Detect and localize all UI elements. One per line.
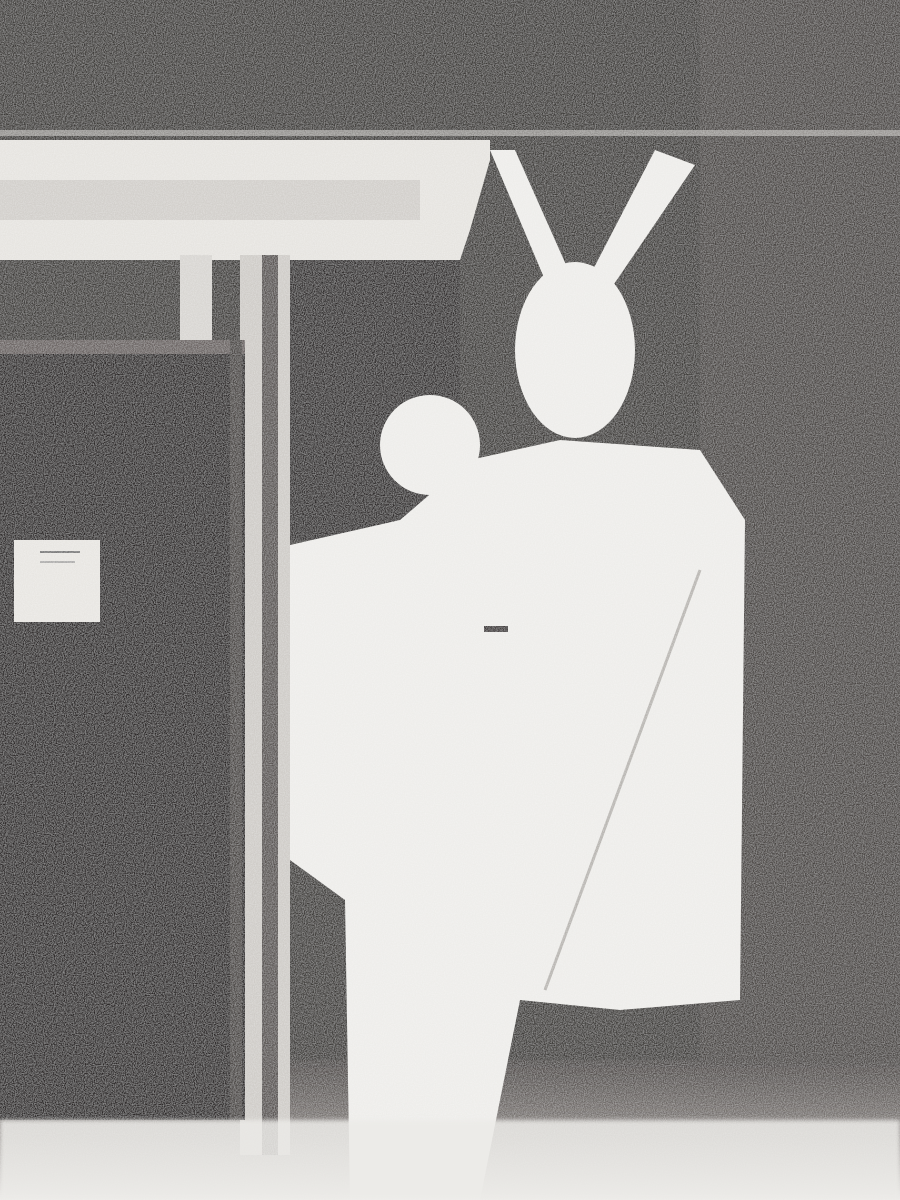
door-label — [14, 540, 100, 622]
photocopy-scene — [0, 0, 900, 1200]
door-lintel — [0, 140, 490, 260]
floor — [0, 1120, 900, 1200]
ceiling-line — [0, 130, 900, 136]
door — [0, 340, 245, 1120]
rabbit-head — [515, 262, 635, 438]
